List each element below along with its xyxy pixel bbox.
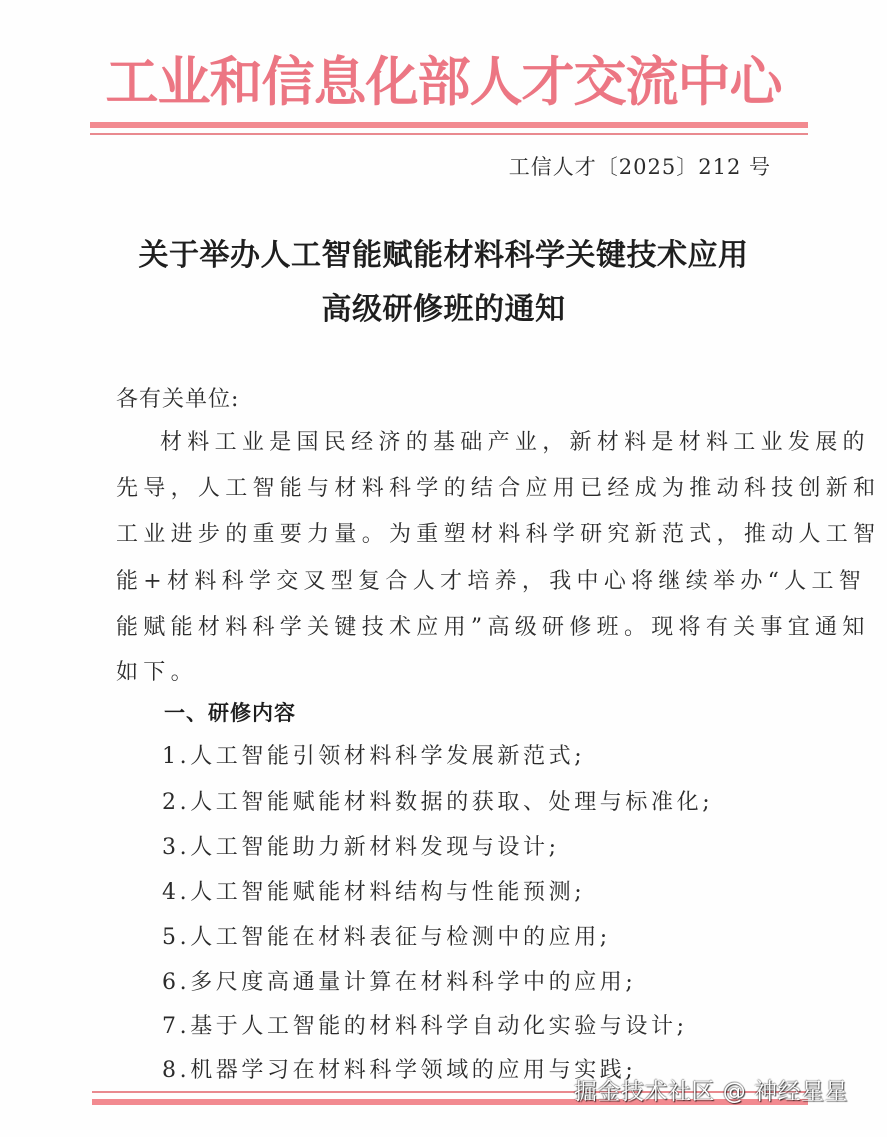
list-item: 4.人工智能赋能材料结构与性能预测;: [162, 878, 585, 908]
document-page: 工业和信息化部人才交流中心 工信人才〔2025〕212 号 关于举办人工智能赋能…: [0, 0, 887, 1137]
document-number: 工信人才〔2025〕212 号: [509, 152, 771, 182]
watermark: 掘金技术社区 @ 神经星星: [574, 1077, 848, 1107]
list-item: 7.基于人工智能的材料科学自动化实验与设计;: [162, 1012, 688, 1042]
paragraph-line: 先导，人工智能与材料科学的结合应用已经成为推动科技创新和: [116, 474, 880, 504]
list-item: 5.人工智能在材料表征与检测中的应用;: [162, 923, 611, 953]
paragraph-line: 材料工业是国民经济的基础产业，新材料是材料工业发展的: [160, 428, 870, 458]
list-item: 3.人工智能助力新材料发现与设计;: [162, 833, 560, 863]
salutation: 各有关单位:: [116, 385, 239, 415]
section-heading: 一、研修内容: [164, 698, 296, 728]
paragraph-line: 工业进步的重要力量。为重塑材料科学研究新范式，推动人工智: [116, 520, 880, 550]
header-rule-thin: [90, 133, 808, 135]
document-title-line-2: 高级研修班的通知: [0, 290, 887, 330]
list-item: 8.机器学习在材料科学领域的应用与实践;: [162, 1056, 636, 1086]
paragraph-line: 能+材料科学交叉型复合人才培养，我中心将继续举办“人工智: [116, 567, 866, 597]
paragraph-line: 如下。: [116, 658, 198, 688]
document-title-line-1: 关于举办人工智能赋能材料科学关键技术应用: [0, 236, 887, 276]
organization-header: 工业和信息化部人才交流中心: [0, 50, 887, 114]
list-item: 1.人工智能引领材料科学发展新范式;: [162, 742, 585, 772]
list-item: 6.多尺度高通量计算在材料科学中的应用;: [162, 968, 636, 998]
list-item: 2.人工智能赋能材料数据的获取、处理与标准化;: [162, 788, 713, 818]
header-rule-thick: [90, 122, 808, 128]
paragraph-line: 能赋能材料科学关键技术应用”高级研修班。现将有关事宜通知: [116, 613, 870, 643]
